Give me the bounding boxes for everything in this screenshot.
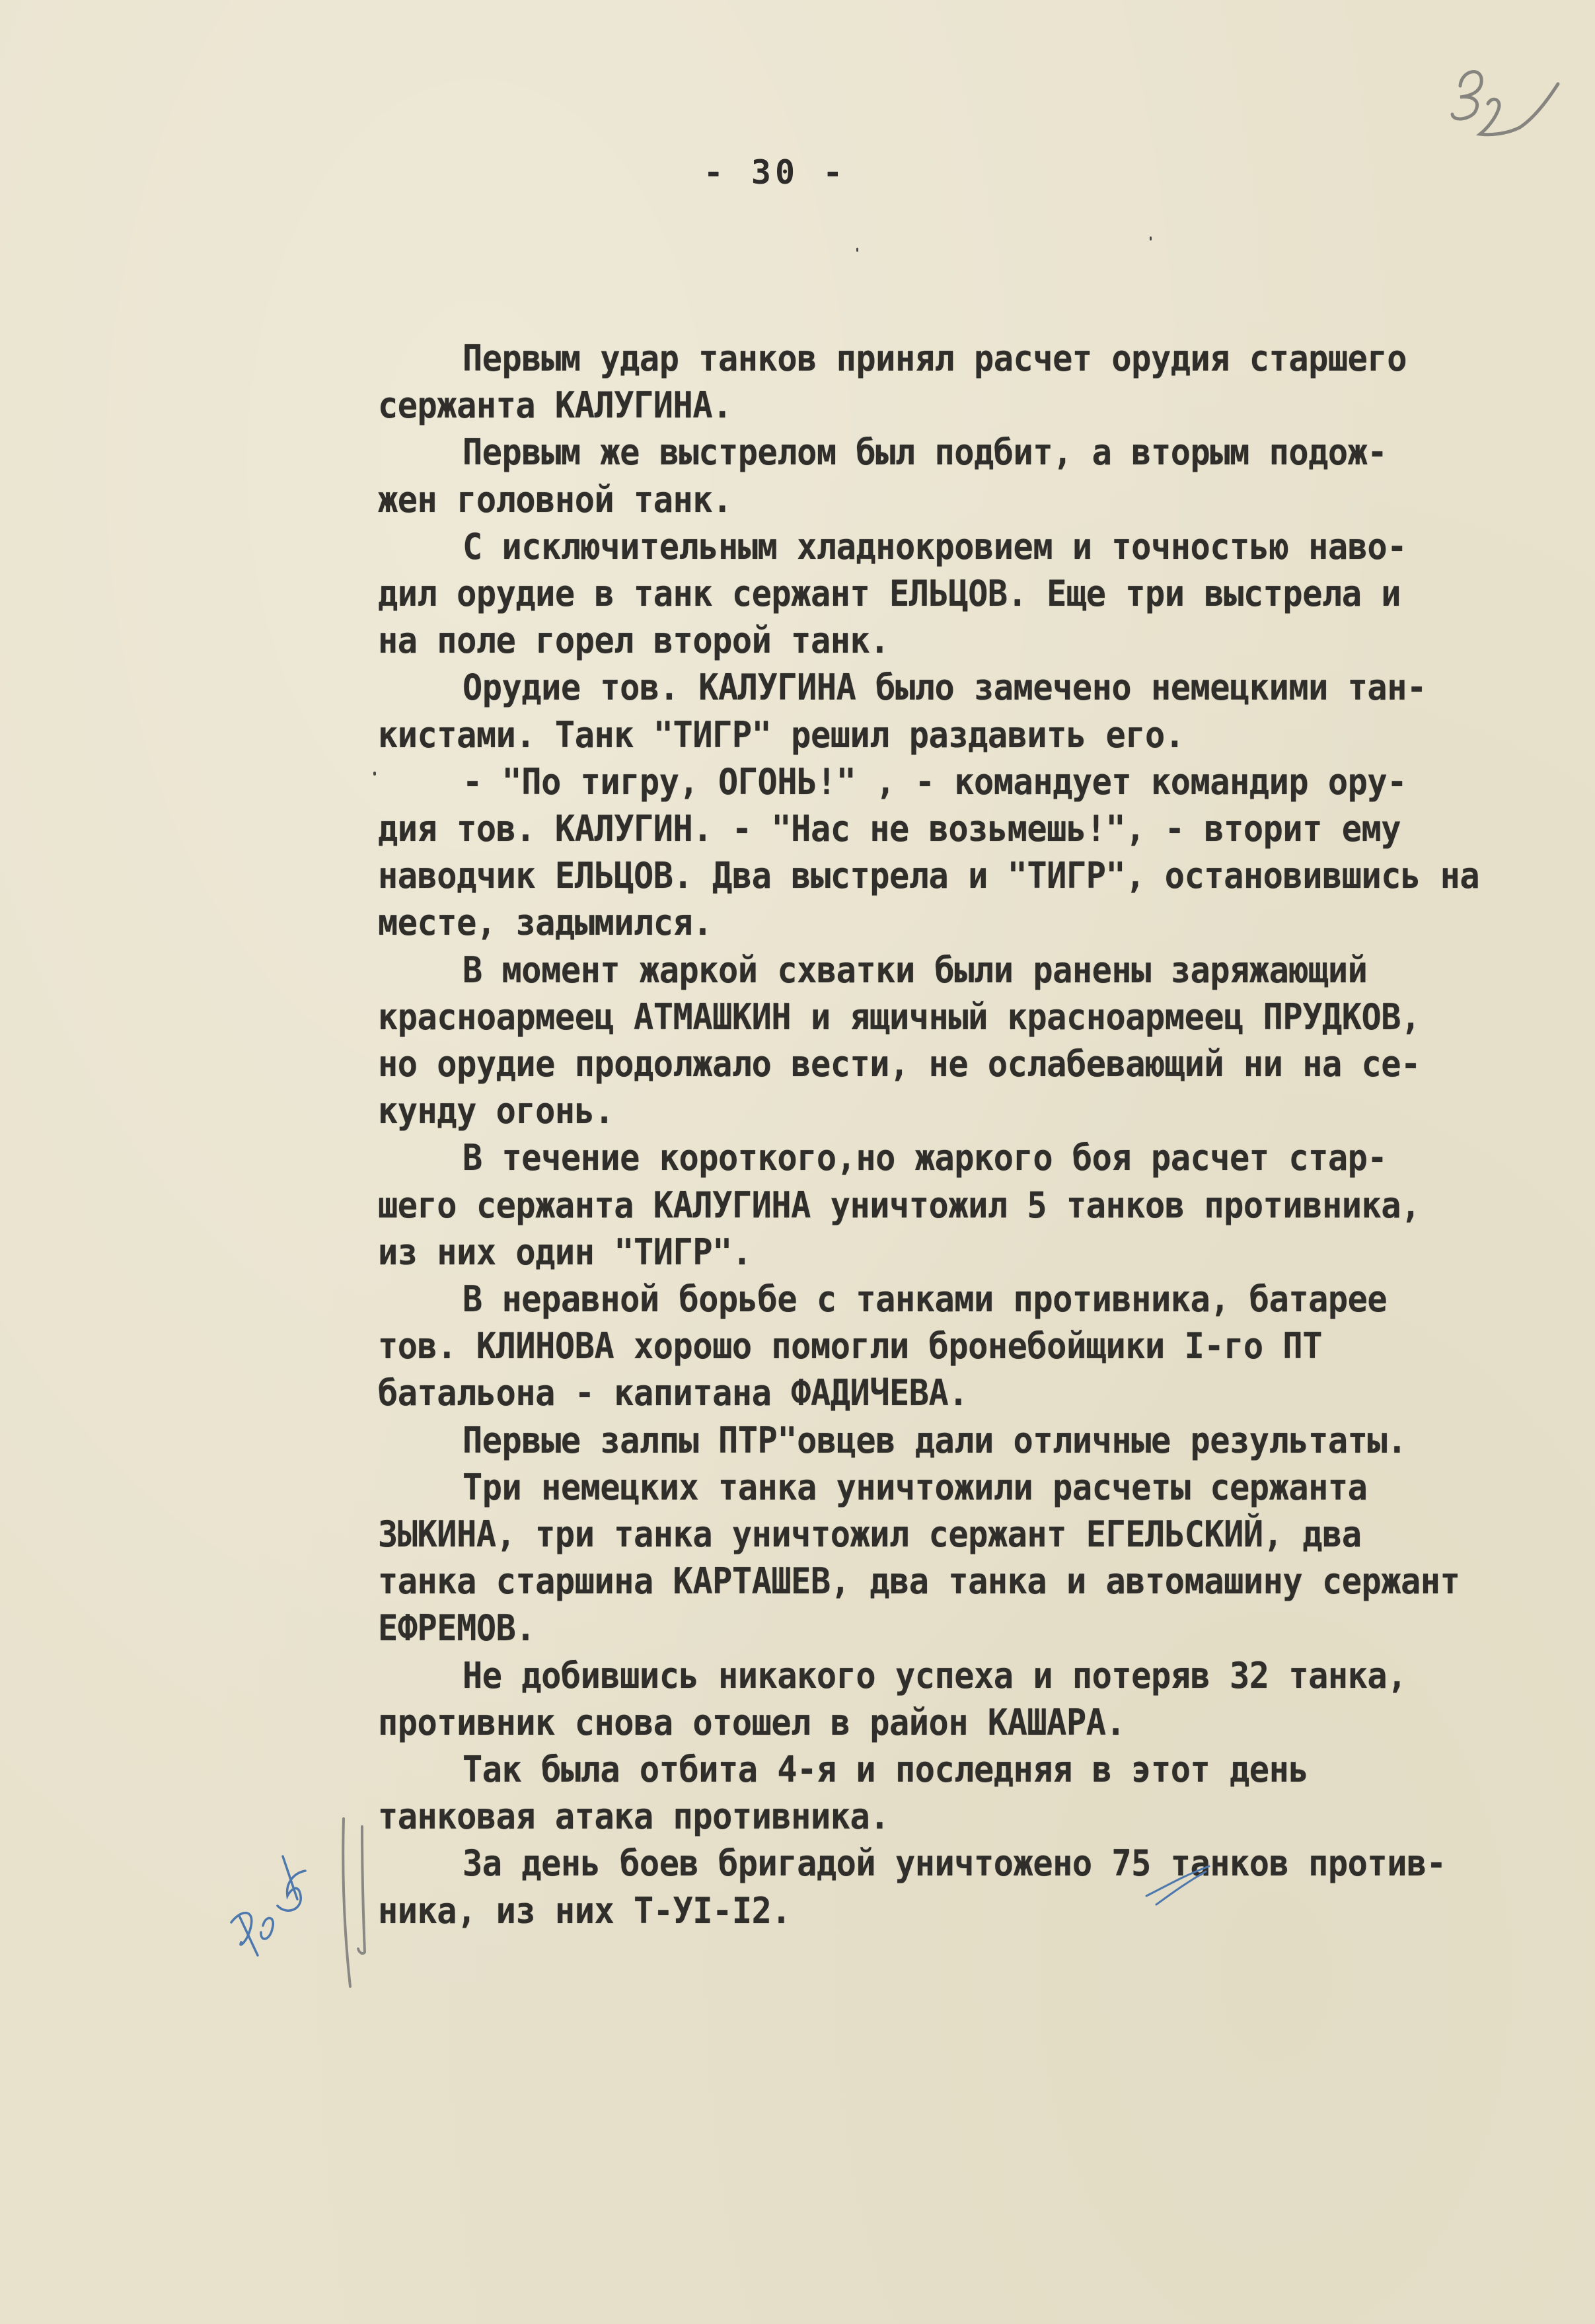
ink-speck [373, 772, 376, 776]
paragraph-first-line: В неравной борьбе с танками противника, … [463, 1280, 1387, 1319]
text-line: противник снова отошел в район КАШАРА. [378, 1703, 1125, 1743]
paragraph-first-line: Первым удар танков принял расчет орудия … [463, 339, 1407, 379]
text-line: кистами. Танк "ТИГР" решил раздавить его… [378, 715, 1185, 755]
text-line: сержанта КАЛУГИНА. [378, 386, 732, 425]
pencil-margin-bracket [340, 1813, 373, 1992]
text-line: жен головной танк. [378, 480, 732, 520]
blue-ink-underline-mark [1143, 1860, 1216, 1906]
paragraph-first-line: Три немецких танка уничтожили расчеты се… [463, 1468, 1367, 1507]
text-line: из них один "ТИГР". [378, 1233, 752, 1272]
text-line: батальона - капитана ФАДИЧЕВА. [378, 1373, 968, 1413]
paragraph-first-line: В момент жаркой схватки были ранены заря… [463, 951, 1367, 990]
text-line: наводчик ЕЛЬЦОВ. Два выстрела и "ТИГР", … [378, 856, 1479, 896]
text-line: тов. КЛИНОВА хорошо помогли бронебойщики… [378, 1326, 1322, 1366]
text-line: дия тов. КАЛУГИН. - "Нас не возьмешь!", … [378, 809, 1401, 849]
text-line: танка старшина КАРТАШЕВ, два танка и авт… [378, 1562, 1460, 1601]
text-line: кунду огонь. [378, 1091, 614, 1131]
paragraph-first-line: Первым же выстрелом был подбит, а вторым… [463, 433, 1387, 472]
document-body: Первым удар танков принял расчет орудия … [0, 0, 1595, 2324]
blue-ink-margin-initials [225, 1843, 324, 1969]
text-line: ника, из них Т-УI-I2. [378, 1891, 791, 1931]
text-line: на поле горел второй танк. [378, 621, 889, 661]
paragraph-first-line: Орудие тов. КАЛУГИНА было замечено немец… [463, 668, 1427, 708]
paragraph-first-line: Так была отбита 4-я и последняя в этот д… [463, 1750, 1308, 1790]
text-line: но орудие продолжало вести, не ослабеваю… [378, 1044, 1421, 1084]
text-line: танковая атака противника. [378, 1797, 889, 1836]
text-line: красноармеец АТМАШКИН и ящичный красноар… [378, 998, 1421, 1037]
paragraph-first-line: - "По тигру, ОГОНЬ!" , - командует коман… [463, 762, 1407, 802]
text-line: шего сержанта КАЛУГИНА уничтожил 5 танко… [378, 1186, 1421, 1225]
paragraph-first-line: С исключительным хладнокровием и точност… [463, 527, 1407, 567]
ink-speck [1150, 236, 1152, 240]
paragraph-first-line: В течение короткого,но жаркого боя расче… [463, 1138, 1387, 1178]
paragraph-first-line: За день боев бригадой уничтожено 75 танк… [463, 1844, 1446, 1883]
text-line: ЗЫКИНА, три танка уничтожил сержант ЕГЕЛ… [378, 1515, 1362, 1554]
text-line: месте, задымился. [378, 903, 712, 943]
text-line: ЕФРЕМОВ. [378, 1609, 535, 1648]
paragraph-first-line: Первые залпы ПТР"овцев дали отличные рез… [463, 1421, 1407, 1461]
ink-speck [856, 248, 858, 252]
paragraph-first-line: Не добившись никакого успеха и потеряв 3… [463, 1656, 1407, 1696]
text-line: дил орудие в танк сержант ЕЛЬЦОВ. Еще тр… [378, 574, 1401, 614]
